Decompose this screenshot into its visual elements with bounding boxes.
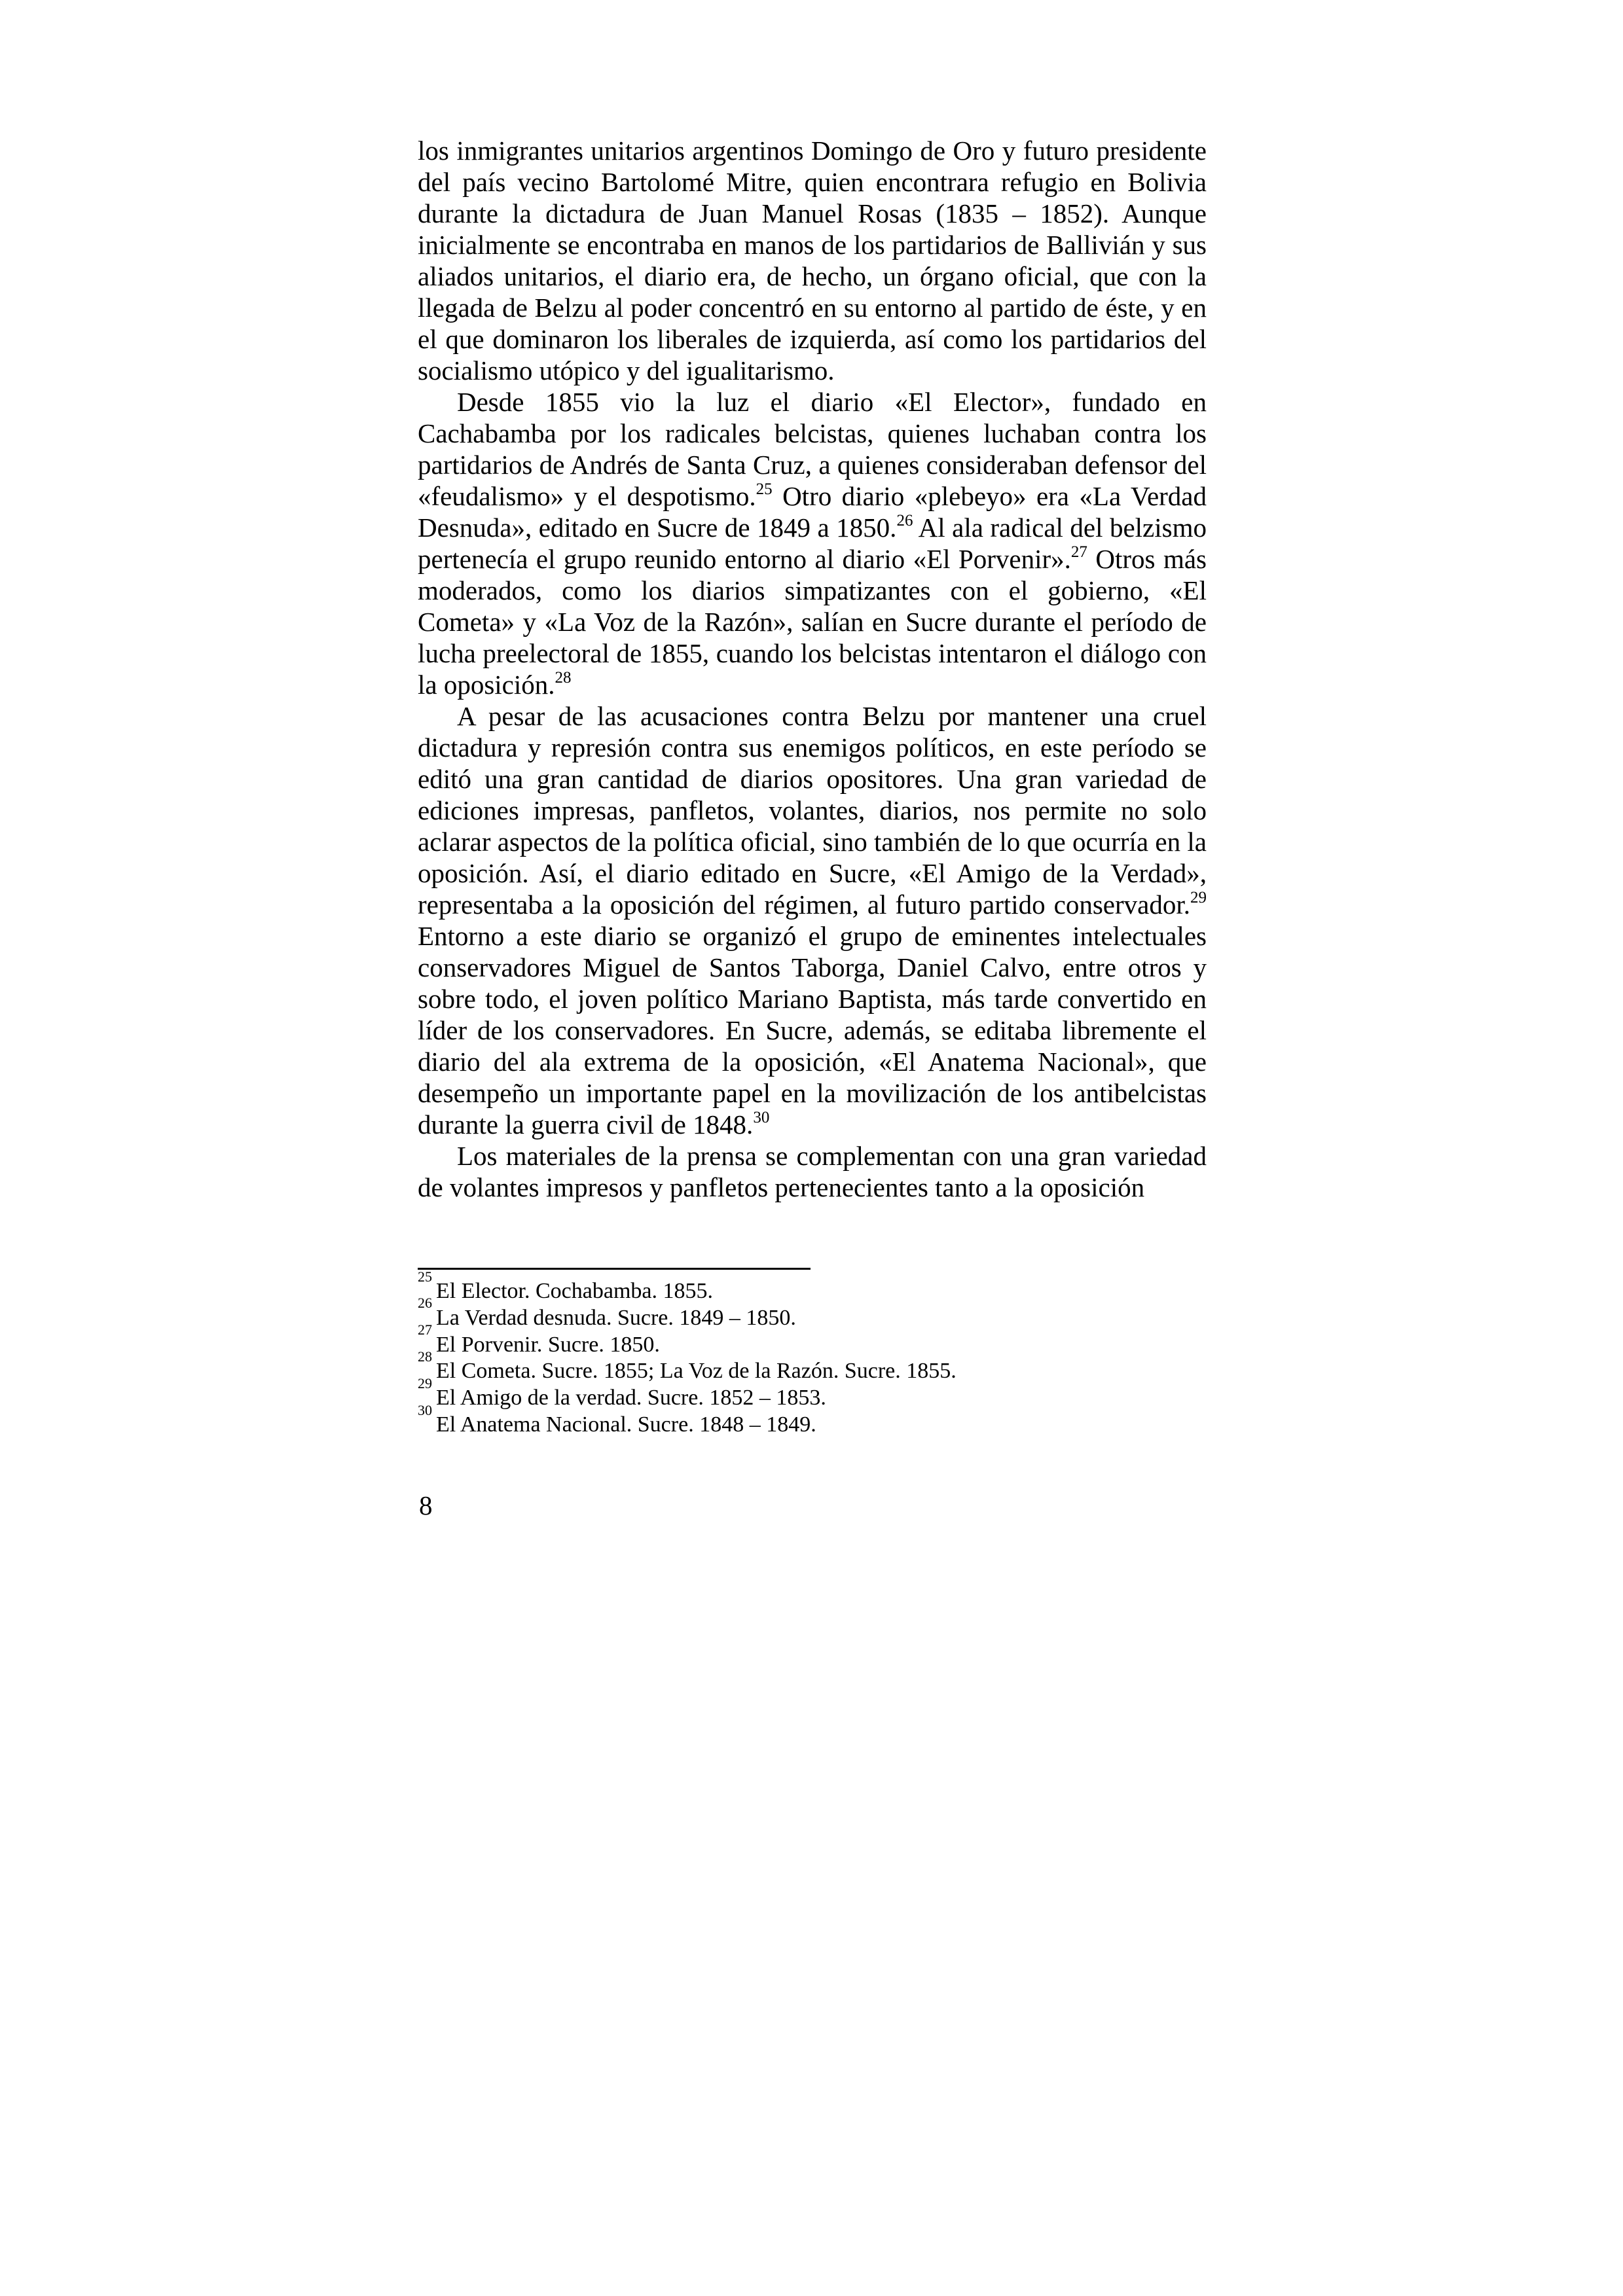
footnote-reference-28[interactable]: 28 (555, 669, 572, 687)
document-page: los inmigrantes unitarios argentinos Dom… (0, 0, 1623, 2296)
paragraph-text: Los materiales de la prensa se complemen… (418, 1141, 1207, 1202)
footnote-reference-25[interactable]: 25 (756, 480, 773, 498)
page-number: 8 (419, 1490, 433, 1521)
footnote-text: La Verdad desnuda. Sucre. 1849 – 1850. (436, 1306, 796, 1330)
footnotes: 25El Elector. Cochabamba. 1855. 26La Ver… (418, 1278, 1207, 1439)
footnote-separator-rule (418, 1268, 811, 1270)
paragraph-4: Los materiales de la prensa se complemen… (418, 1140, 1207, 1203)
footnote-number: 26 (418, 1295, 432, 1311)
footnote-reference-26[interactable]: 26 (896, 512, 913, 529)
footnote-reference-29[interactable]: 29 (1190, 889, 1207, 906)
paragraph-text: Entorno a este diario se organizó el gru… (418, 921, 1207, 1139)
paragraph-3: A pesar de las acusaciones contra Belzu … (418, 700, 1207, 1140)
footnote-number: 25 (418, 1268, 432, 1285)
body-text: los inmigrantes unitarios argentinos Dom… (418, 135, 1207, 1203)
paragraph-1: los inmigrantes unitarios argentinos Dom… (418, 135, 1207, 386)
paragraph-text: A pesar de las acusaciones contra Belzu … (418, 701, 1207, 920)
footnote-28: 28El Cometa. Sucre. 1855; La Voz de la R… (418, 1358, 1207, 1385)
footnote-26: 26La Verdad desnuda. Sucre. 1849 – 1850. (418, 1305, 1207, 1332)
footnote-text: El Amigo de la verdad. Sucre. 1852 – 185… (436, 1386, 826, 1410)
paragraph-text: los inmigrantes unitarios argentinos Dom… (418, 135, 1207, 386)
footnote-number: 27 (418, 1321, 432, 1338)
footnote-text: El Anatema Nacional. Sucre. 1848 – 1849. (436, 1412, 816, 1437)
footnote-text: El Cometa. Sucre. 1855; La Voz de la Raz… (436, 1359, 957, 1383)
footnote-30: 30El Anatema Nacional. Sucre. 1848 – 184… (418, 1412, 1207, 1439)
footnote-number: 30 (418, 1402, 432, 1418)
footnote-reference-27[interactable]: 27 (1071, 543, 1087, 561)
footnote-25: 25El Elector. Cochabamba. 1855. (418, 1278, 1207, 1305)
footnote-text: El Elector. Cochabamba. 1855. (436, 1279, 713, 1303)
footnote-reference-30[interactable]: 30 (753, 1109, 769, 1126)
footnote-number: 29 (418, 1375, 432, 1391)
footnote-text: El Porvenir. Sucre. 1850. (436, 1333, 660, 1357)
paragraph-2: Desde 1855 vio la luz el diario «El Elec… (418, 386, 1207, 700)
footnote-29: 29El Amigo de la verdad. Sucre. 1852 – 1… (418, 1385, 1207, 1412)
footnote-27: 27El Porvenir. Sucre. 1850. (418, 1332, 1207, 1359)
footnote-number: 28 (418, 1348, 432, 1365)
